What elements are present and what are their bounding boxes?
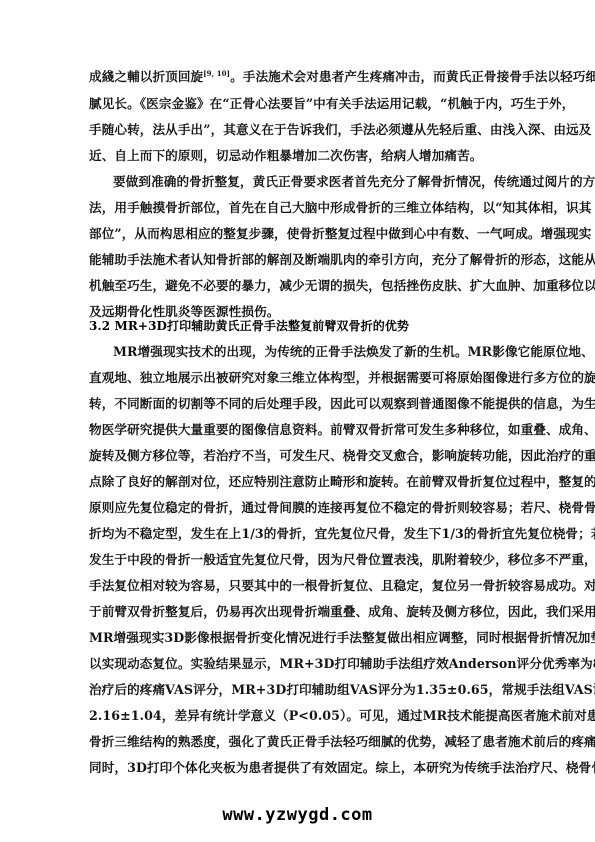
paragraph-3-line-10: 手法复位相对较为容易，只要其中的一根骨折复位、且稳定，复位另一骨折较容易成功。对	[89, 578, 509, 594]
paragraph-3-line-7: 原则应先复位稳定的骨折，通过骨间膜的连接再复位不稳定的骨折则较容易；若尺、桡骨骨	[89, 500, 509, 516]
paragraph-3-line-17: 同时，3D打印个体化夹板为患者提供了有效固定。综上，本研究为传统手法治疗尺、桡骨…	[89, 760, 509, 776]
paragraph-1-line-4: 近、自上而下的原则，切忌动作粗暴增加二次伤害，给病人增加痛苦。	[89, 148, 509, 164]
paragraph-2-line-5: 机触至巧生，避免不必要的暴力，减少无谓的损失，包括挫伤皮肤、扩大血肿、加重移位以	[89, 278, 509, 294]
paragraph-3-line-2: 直观地、独立地展示出被研究对象三维立体构型，并根据需要可将原始图像进行多方位的旋	[89, 370, 509, 386]
paragraph-2-line-2: 法，用手触摸骨折部位，首先在自己大脑中形成骨折的三维立体结构，以“知其体相，识其	[89, 200, 509, 216]
paragraph-3-line-12: MR增强现实3D影像根据骨折变化情况进行手法整复做出相应调整，同时根据骨折情况加…	[89, 630, 509, 646]
paragraph-3-line-3: 转，不同断面的切割等不同的后处理手段，因此可以观察到普通图像不能提供的信息，为生	[89, 396, 509, 412]
paragraph-1-line-2: 腻见长。《医宗金鉴》在“正骨心法要旨”中有关手法运用记载，“机触于内，巧生于外，	[89, 96, 509, 112]
citation-reference[interactable]: [9, 10]	[203, 69, 230, 78]
text-run: 。手法施术会对患者产生疼痛冲击，而黄氏正骨接骨手法以轻巧细	[230, 69, 595, 84]
paragraph-2-line-3: 部位”，从而构思相应的整复步骤，使骨折整复过程中做到心中有数、一气呵成。增强现实	[89, 226, 509, 242]
paragraph-3-line-11: 于前臂双骨折整复后，仍易再次出现骨折端重叠、成角、旋转及侧方移位，因此，我们采用	[89, 604, 509, 620]
paragraph-3-line-6: 点除了良好的解剖对位，还应特别注意防止畸形和旋转。在前臂双骨折复位过程中，整复的	[89, 474, 509, 490]
paragraph-1-line-3: 手随心转，法从手出”，其意义在于告诉我们，手法必须遵从先轻后重、由浅入深、由远及	[89, 122, 509, 138]
text-run: 成綫之輔以折顶回旋	[89, 69, 203, 84]
document-page: 成綫之輔以折顶回旋[9, 10]。手法施术会对患者产生疼痛冲击，而黄氏正骨接骨手…	[0, 0, 595, 842]
watermark-footer[interactable]: www.yzwygd.com	[0, 805, 595, 825]
paragraph-3-line-13: 以实现动态复位。实验结果显示，MR+3D打印辅助手法组疗效Anderson评分优…	[89, 656, 509, 672]
section-heading: 3.2 MR+3D打印辅助黄氏正骨手法整复前臂双骨折的优势	[89, 318, 509, 334]
paragraph-3-line-9: 发生于中段的骨折一般适宜先复位尺骨，因为尺骨位置表浅，肌附着较少，移位多不严重，	[89, 552, 509, 568]
paragraph-1-line-1: 成綫之輔以折顶回旋[9, 10]。手法施术会对患者产生疼痛冲击，而黄氏正骨接骨手…	[89, 69, 509, 85]
paragraph-3-line-14: 治疗后的疼痛VAS评分，MR+3D打印辅助组VAS评分为1.35±0.65，常规…	[89, 682, 509, 698]
paragraph-2-line-4: 能辅助手法施术者认知骨折部的解剖及断端肌肉的牵引方向，充分了解骨折的形态，这能从	[89, 252, 509, 268]
paragraph-3-line-15: 2.16±1.04，差异有统计学意义（P<0.05）。可见，通过MR技术能提高医…	[89, 708, 509, 724]
paragraph-3-line-1: MR增强现实技术的出现，为传统的正骨手法焕发了新的生机。MR影像它能原位地、	[113, 344, 533, 360]
paragraph-3-line-8: 折均为不稳定型，发生在上1/3的骨折，宜先复位尺骨，发生下1/3的骨折宜先复位桡…	[89, 526, 509, 542]
paragraph-3-line-16: 骨折三维结构的熟悉度，强化了黄氏正骨手法轻巧细腻的优势，减轻了患者施术前后的疼痛…	[89, 734, 509, 750]
paragraph-2-line-1: 要做到准确的骨折整复，黄氏正骨要求医者首先充分了解骨折情况，传统通过阅片的方	[113, 174, 533, 190]
paragraph-3-line-4: 物医学研究提供大量重要的图像信息资料。前臂双骨折常可发生多种移位，如重叠、成角、	[89, 422, 509, 438]
paragraph-3-line-5: 旋转及侧方移位等，若治疗不当，可发生尺、桡骨交叉愈合，影响旋转功能，因此治疗的重	[89, 448, 509, 464]
